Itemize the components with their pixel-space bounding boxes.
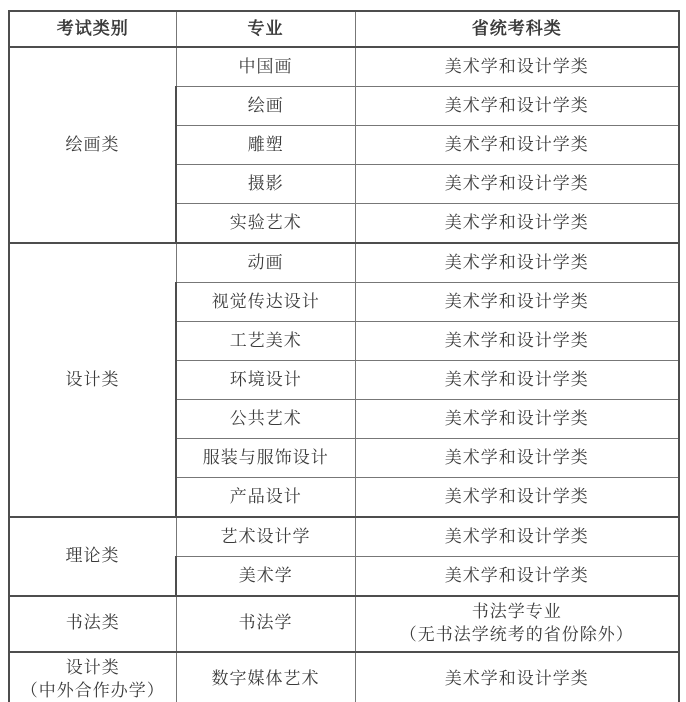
exam-category-cell: 设计类 （中外合作办学） — [9, 652, 176, 702]
table-row: 设计类 （中外合作办学）数字媒体艺术美术学和设计学类 — [9, 652, 679, 702]
exam-category-cell: 理论类 — [9, 517, 176, 596]
subject-category-cell: 美术学和设计学类 — [355, 652, 679, 702]
major-cell: 数字媒体艺术 — [176, 652, 355, 702]
exam-category-cell: 设计类 — [9, 243, 176, 517]
major-cell: 产品设计 — [176, 478, 355, 518]
major-cell: 绘画 — [176, 87, 355, 126]
table-row: 书法类书法学书法学专业 （无书法学统考的省份除外） — [9, 596, 679, 652]
subject-category-cell: 美术学和设计学类 — [355, 478, 679, 518]
subject-category-cell: 美术学和设计学类 — [355, 517, 679, 557]
table-header-row: 考试类别 专业 省统考科类 — [9, 11, 679, 47]
major-cell: 中国画 — [176, 47, 355, 87]
major-cell: 动画 — [176, 243, 355, 283]
subject-category-cell: 美术学和设计学类 — [355, 557, 679, 597]
exam-category-cell: 书法类 — [9, 596, 176, 652]
subject-category-cell: 美术学和设计学类 — [355, 204, 679, 244]
column-header-major: 专业 — [176, 11, 355, 47]
major-cell: 视觉传达设计 — [176, 283, 355, 322]
exam-category-table: 考试类别 专业 省统考科类 绘画类中国画美术学和设计学类绘画美术学和设计学类雕塑… — [8, 10, 680, 702]
subject-category-cell: 美术学和设计学类 — [355, 243, 679, 283]
subject-category-cell: 美术学和设计学类 — [355, 400, 679, 439]
major-cell: 美术学 — [176, 557, 355, 597]
major-cell: 雕塑 — [176, 126, 355, 165]
major-cell: 实验艺术 — [176, 204, 355, 244]
document-page: 考试类别 专业 省统考科类 绘画类中国画美术学和设计学类绘画美术学和设计学类雕塑… — [0, 0, 686, 702]
subject-category-cell: 美术学和设计学类 — [355, 361, 679, 400]
subject-category-cell: 美术学和设计学类 — [355, 283, 679, 322]
subject-category-cell: 美术学和设计学类 — [355, 439, 679, 478]
major-cell: 工艺美术 — [176, 322, 355, 361]
subject-category-cell: 美术学和设计学类 — [355, 165, 679, 204]
subject-category-cell: 美术学和设计学类 — [355, 126, 679, 165]
major-cell: 摄影 — [176, 165, 355, 204]
subject-category-cell: 书法学专业 （无书法学统考的省份除外） — [355, 596, 679, 652]
major-cell: 艺术设计学 — [176, 517, 355, 557]
subject-category-cell: 美术学和设计学类 — [355, 322, 679, 361]
major-cell: 服装与服饰设计 — [176, 439, 355, 478]
subject-category-cell: 美术学和设计学类 — [355, 47, 679, 87]
exam-category-cell: 绘画类 — [9, 47, 176, 243]
table-row: 理论类艺术设计学美术学和设计学类 — [9, 517, 679, 557]
subject-category-cell: 美术学和设计学类 — [355, 87, 679, 126]
major-cell: 环境设计 — [176, 361, 355, 400]
table-row: 设计类动画美术学和设计学类 — [9, 243, 679, 283]
major-cell: 公共艺术 — [176, 400, 355, 439]
column-header-subject-category: 省统考科类 — [355, 11, 679, 47]
table-row: 绘画类中国画美术学和设计学类 — [9, 47, 679, 87]
column-header-exam-category: 考试类别 — [9, 11, 176, 47]
major-cell: 书法学 — [176, 596, 355, 652]
